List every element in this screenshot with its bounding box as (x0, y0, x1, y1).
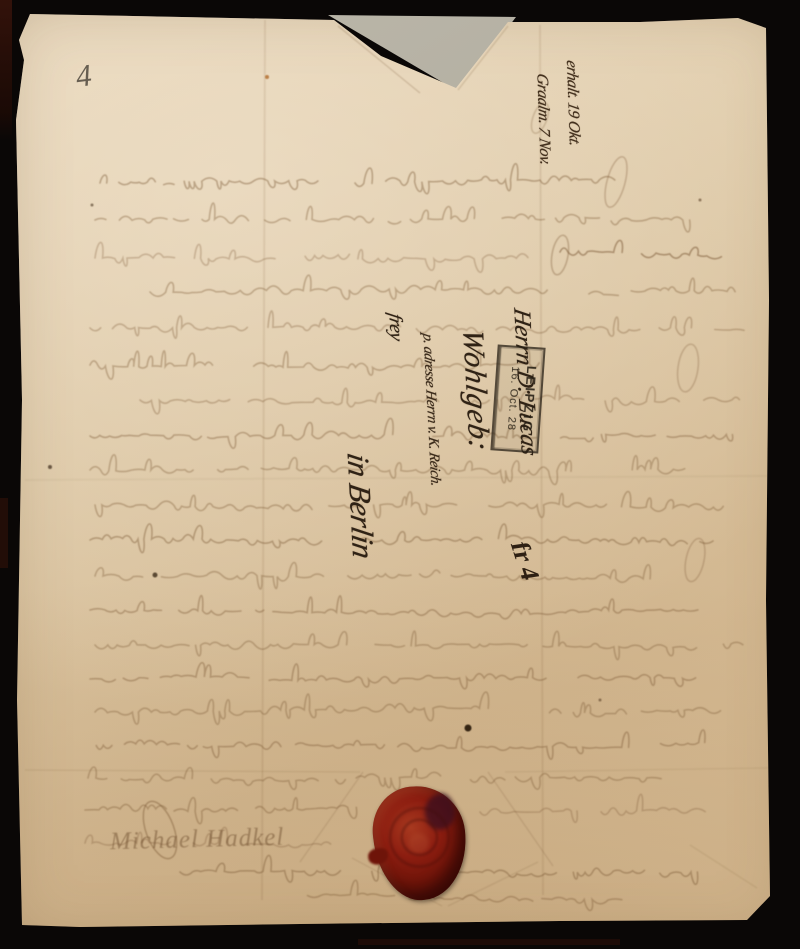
fold-crease (262, 20, 265, 900)
fold-crease (338, 26, 420, 93)
paper-speck (153, 573, 158, 578)
seal-drip (367, 847, 389, 865)
paper-speck (699, 199, 702, 202)
showthrough-line (308, 880, 622, 910)
archival-photo: { "scene": { "description": "Archival ph… (0, 0, 800, 949)
fold-crease (690, 845, 757, 888)
showthrough-line (150, 275, 735, 299)
paper-speck (465, 725, 472, 732)
fold-crease (25, 770, 360, 772)
received-note-line-2: Graalm. 7 Nov. (526, 59, 562, 240)
showthrough-line (95, 242, 528, 272)
showthrough-line (95, 692, 721, 724)
showthrough-flourish (549, 234, 572, 276)
postmark-stamp: LEIPZIG 16. Oct. 28 (490, 344, 545, 453)
paper-speck (599, 699, 602, 702)
paper-speck (48, 465, 52, 469)
showthrough-flourish (675, 343, 701, 393)
postmark-text: LEIPZIG 16. Oct. 28 (495, 349, 542, 450)
paper-speck (91, 204, 94, 207)
showthrough-line (90, 663, 696, 689)
fold-crease (458, 26, 508, 90)
showthrough-flourish (601, 155, 632, 210)
signature-trace: Michael Hadkel (110, 824, 285, 857)
showthrough-line (560, 240, 721, 258)
received-note: erhalt. 19 Okt. Graalm. 7 Nov. (524, 60, 592, 238)
showthrough-line (85, 798, 357, 824)
fold-crease (505, 768, 768, 772)
paper-speck (265, 75, 269, 79)
received-note-line-1: erhalt. 19 Okt. (556, 58, 592, 239)
showthrough-line (95, 203, 690, 232)
showthrough-flourish (682, 537, 709, 584)
fold-crease (300, 772, 363, 862)
showthrough-line (96, 730, 705, 759)
